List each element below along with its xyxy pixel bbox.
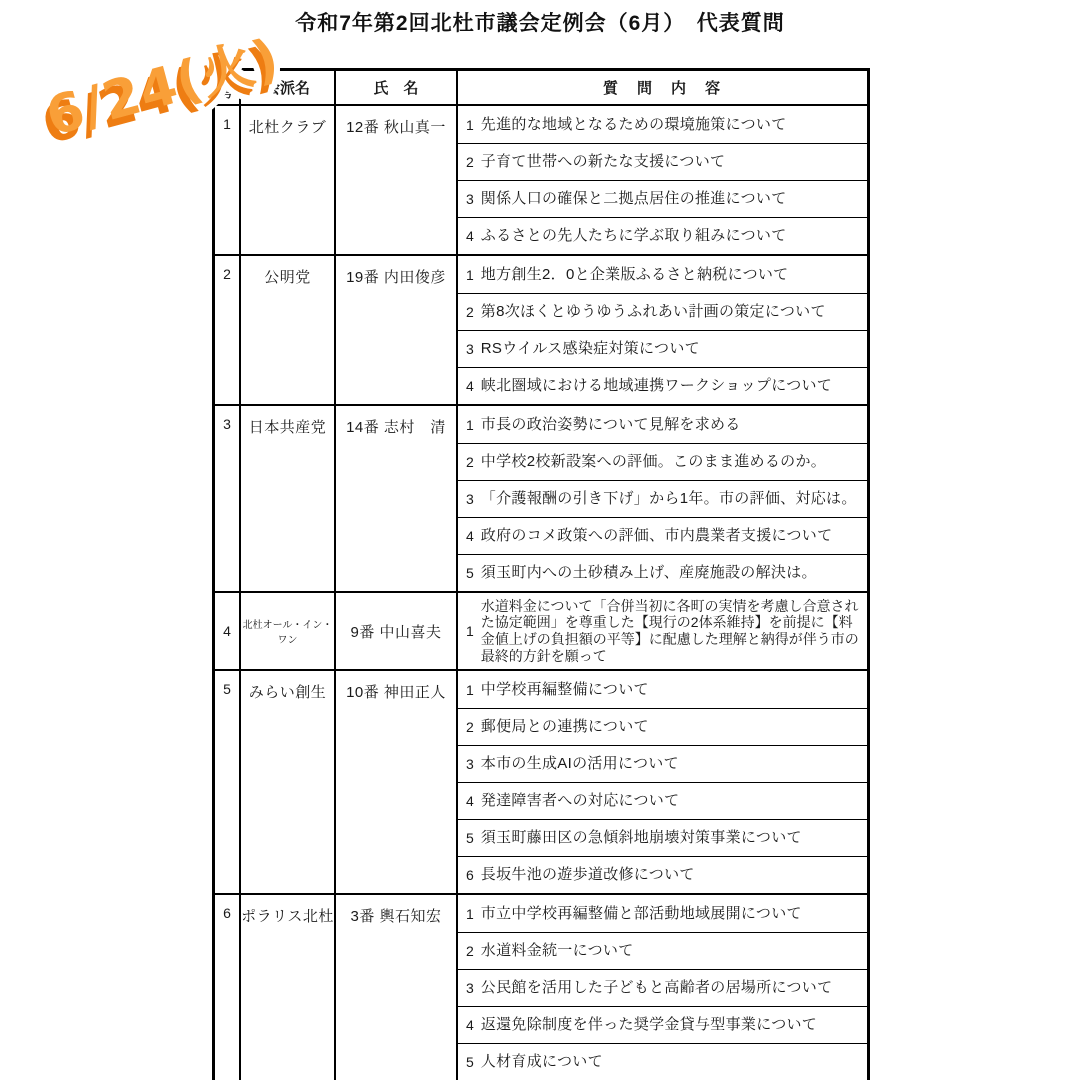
question-item: 3 「介護報酬の引き下げ」から1年。市の評価、対応は。 <box>458 480 867 517</box>
question-number: 2 <box>466 943 474 959</box>
question-text: 発達障害者への対応について <box>481 792 859 810</box>
header-name: 氏 名 <box>336 71 458 104</box>
question-number: 3 <box>466 341 474 357</box>
table-row: 3 日本共産党 14番 志村 清 1 市長の政治姿勢について見解を求める 2 中… <box>215 404 867 591</box>
question-text: 市立中学校再編整備と部活動地域展開について <box>481 905 859 923</box>
faction-name: ポラリス北杜 <box>241 895 336 1080</box>
question-item: 2 第8次ほくとゆうゆうふれあい計画の策定について <box>458 293 867 330</box>
question-text: 地方創生2．0と企業版ふるさと納税について <box>481 266 859 284</box>
question-number: 5 <box>466 565 474 581</box>
question-number: 1 <box>466 417 474 433</box>
question-item: 1 地方創生2．0と企業版ふるさと納税について <box>458 256 867 293</box>
question-item: 4 返還免除制度を伴った奨学金貸与型事業について <box>458 1006 867 1043</box>
question-number: 6 <box>466 867 474 883</box>
question-number: 2 <box>466 454 474 470</box>
question-text: 返還免除制度を伴った奨学金貸与型事業について <box>481 1016 859 1034</box>
question-item: 2 子育て世帯への新たな支援について <box>458 143 867 180</box>
header-content: 質 問 内 容 <box>458 71 867 104</box>
question-item: 1 先進的な地域となるための環境施策について <box>458 106 867 143</box>
member-name: 19番 内田俊彦 <box>336 256 458 404</box>
question-item: 6 長坂牛池の遊歩道改修について <box>458 856 867 893</box>
question-item: 4 峡北圏域における地域連携ワークショップについて <box>458 367 867 404</box>
document-page: { "page": { "title": "令和7年第2回北杜市議会定例会（6月… <box>0 0 1080 1080</box>
question-number: 2 <box>466 719 474 735</box>
question-number: 1 <box>466 623 474 639</box>
row-number: 6 <box>215 895 241 1080</box>
question-item: 1 中学校再編整備について <box>458 671 867 708</box>
question-number: 4 <box>466 378 474 394</box>
question-text: 市長の政治姿勢について見解を求める <box>481 416 859 434</box>
question-item: 4 政府のコメ政策への評価、市内農業者支援について <box>458 517 867 554</box>
question-text: RSウイルス感染症対策について <box>481 340 859 358</box>
faction-name: 公明党 <box>241 256 336 404</box>
question-number: 4 <box>466 793 474 809</box>
row-number: 2 <box>215 256 241 404</box>
page-title: 令和7年第2回北杜市議会定例会（6月） 代表質問 <box>0 7 1080 37</box>
question-item: 4 ふるさとの先人たちに学ぶ取り組みについて <box>458 217 867 254</box>
question-item: 5 須玉町内への土砂積み上げ、産廃施設の解決は。 <box>458 554 867 591</box>
question-text: 関係人口の確保と二拠点居住の推進について <box>481 190 859 208</box>
question-number: 1 <box>466 117 474 133</box>
question-number: 5 <box>466 830 474 846</box>
question-number: 1 <box>466 267 474 283</box>
question-list: 1 市長の政治姿勢について見解を求める 2 中学校2校新設案への評価。このまま進… <box>458 406 867 591</box>
faction-name: 北杜クラブ <box>241 106 336 254</box>
question-number: 2 <box>466 304 474 320</box>
question-text: 「介護報酬の引き下げ」から1年。市の評価、対応は。 <box>481 490 859 508</box>
question-number: 3 <box>466 191 474 207</box>
member-name: 14番 志村 清 <box>336 406 458 591</box>
question-number: 4 <box>466 528 474 544</box>
question-number: 4 <box>466 228 474 244</box>
member-name: 10番 神田正人 <box>336 671 458 893</box>
question-number: 3 <box>466 756 474 772</box>
member-name: 12番 秋山真一 <box>336 106 458 254</box>
question-text: 政府のコメ政策への評価、市内農業者支援について <box>481 527 859 545</box>
question-item: 1 市長の政治姿勢について見解を求める <box>458 406 867 443</box>
question-text: 人材育成について <box>481 1053 859 1071</box>
question-text: 須玉町藤田区の急傾斜地崩壊対策事業について <box>481 829 859 847</box>
table-row: 5 みらい創生 10番 神田正人 1 中学校再編整備について 2 郵便局との連携… <box>215 669 867 893</box>
question-item: 2 水道料金統一について <box>458 932 867 969</box>
question-number: 1 <box>466 906 474 922</box>
question-text: 中学校再編整備について <box>481 681 859 699</box>
question-item: 2 中学校2校新設案への評価。このまま進めるのか。 <box>458 443 867 480</box>
question-text: 本市の生成AIの活用について <box>481 755 859 773</box>
question-text: ふるさとの先人たちに学ぶ取り組みについて <box>481 227 859 245</box>
table-row: 6 ポラリス北杜 3番 輿石知宏 1 市立中学校再編整備と部活動地域展開について… <box>215 893 867 1080</box>
question-list: 1 地方創生2．0と企業版ふるさと納税について 2 第8次ほくとゆうゆうふれあい… <box>458 256 867 404</box>
question-item: 4 発達障害者への対応について <box>458 782 867 819</box>
question-text: 先進的な地域となるための環境施策について <box>481 116 859 134</box>
row-number: 4 <box>215 593 241 669</box>
question-item: 3 関係人口の確保と二拠点居住の推進について <box>458 180 867 217</box>
question-item: 2 郵便局との連携について <box>458 708 867 745</box>
question-text: 公民館を活用した子どもと高齢者の居場所について <box>481 979 859 997</box>
question-item: 1 水道料金について「合併当初に各町の実情を考慮し合意された協定範囲」を尊重した… <box>458 593 867 669</box>
question-number: 5 <box>466 1054 474 1070</box>
question-number: 4 <box>466 1017 474 1033</box>
question-text: 峡北圏域における地域連携ワークショップについて <box>481 377 859 395</box>
table-row: 2 公明党 19番 内田俊彦 1 地方創生2．0と企業版ふるさと納税について 2… <box>215 254 867 404</box>
row-number: 3 <box>215 406 241 591</box>
question-text: 須玉町内への土砂積み上げ、産廃施設の解決は。 <box>481 564 859 582</box>
question-text: 長坂牛池の遊歩道改修について <box>481 866 859 884</box>
question-text: 水道料金統一について <box>481 942 859 960</box>
table-header-row: 番号 会派名 氏 名 質 問 内 容 <box>215 71 867 106</box>
question-text: 郵便局との連携について <box>481 718 859 736</box>
question-item: 1 市立中学校再編整備と部活動地域展開について <box>458 895 867 932</box>
member-name: 9番 中山喜夫 <box>336 593 458 669</box>
questions-table: 番号 会派名 氏 名 質 問 内 容 1 北杜クラブ 12番 秋山真一 1 先進… <box>212 68 870 1080</box>
question-text: 子育て世帯への新たな支援について <box>481 153 859 171</box>
row-number: 1 <box>215 106 241 254</box>
question-item: 5 人材育成について <box>458 1043 867 1080</box>
question-list: 1 先進的な地域となるための環境施策について 2 子育て世帯への新たな支援につい… <box>458 106 867 254</box>
question-list: 1 水道料金について「合併当初に各町の実情を考慮し合意された協定範囲」を尊重した… <box>458 593 867 669</box>
table-row: 1 北杜クラブ 12番 秋山真一 1 先進的な地域となるための環境施策について … <box>215 106 867 254</box>
question-item: 3 RSウイルス感染症対策について <box>458 330 867 367</box>
question-item: 5 須玉町藤田区の急傾斜地崩壊対策事業について <box>458 819 867 856</box>
question-number: 1 <box>466 682 474 698</box>
question-text: 第8次ほくとゆうゆうふれあい計画の策定について <box>481 303 859 321</box>
question-number: 3 <box>466 980 474 996</box>
question-text: 中学校2校新設案への評価。このまま進めるのか。 <box>481 453 859 471</box>
row-number: 5 <box>215 671 241 893</box>
faction-name: 日本共産党 <box>241 406 336 591</box>
member-name: 3番 輿石知宏 <box>336 895 458 1080</box>
question-list: 1 中学校再編整備について 2 郵便局との連携について 3 本市の生成AIの活用… <box>458 671 867 893</box>
question-number: 3 <box>466 491 474 507</box>
question-list: 1 市立中学校再編整備と部活動地域展開について 2 水道料金統一について 3 公… <box>458 895 867 1080</box>
question-text: 水道料金について「合併当初に各町の実情を考慮し合意された協定範囲」を尊重した【現… <box>481 598 859 664</box>
table-row: 4 北杜オール・イン・ワン 9番 中山喜夫 1 水道料金について「合併当初に各町… <box>215 591 867 669</box>
header-number: 番号 <box>215 71 241 104</box>
faction-name: みらい創生 <box>241 671 336 893</box>
question-item: 3 公民館を活用した子どもと高齢者の居場所について <box>458 969 867 1006</box>
question-number: 2 <box>466 154 474 170</box>
question-item: 3 本市の生成AIの活用について <box>458 745 867 782</box>
faction-name: 北杜オール・イン・ワン <box>241 593 336 669</box>
header-faction: 会派名 <box>241 71 336 104</box>
